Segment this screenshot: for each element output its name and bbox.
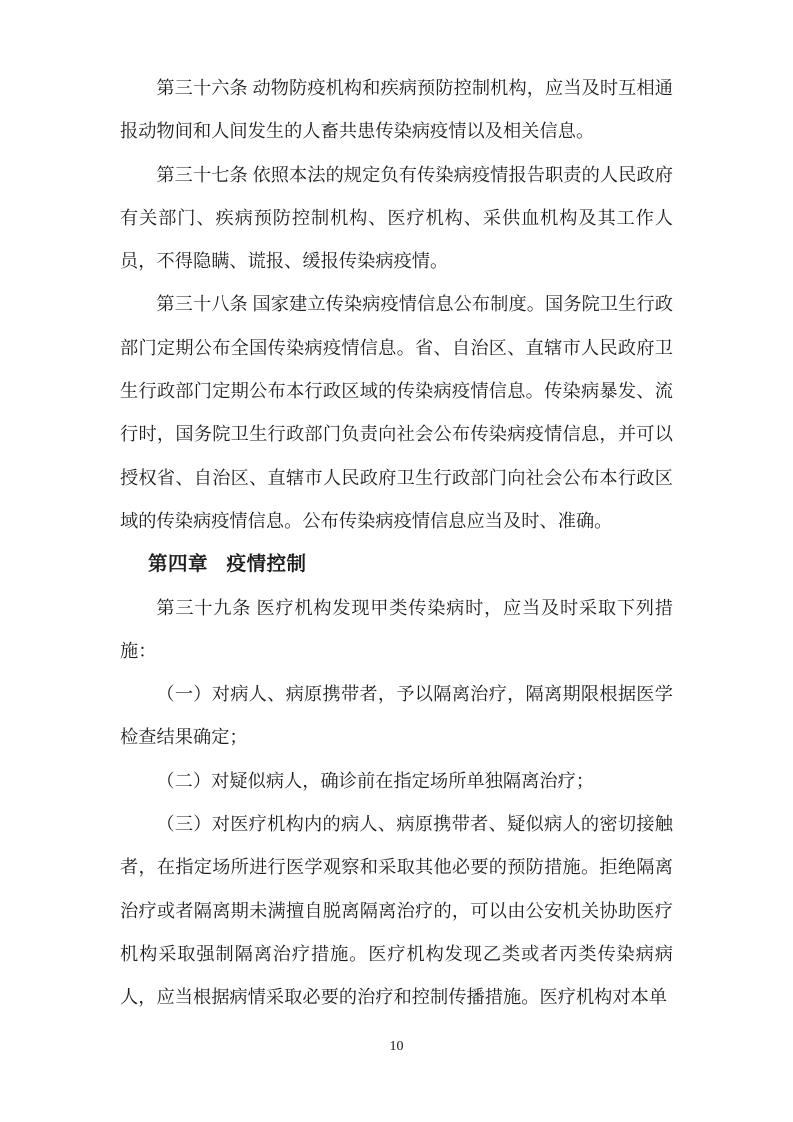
paragraph-article-39-item-2: （二）对疑似病人，确诊前在指定场所单独隔离治疗； bbox=[120, 760, 673, 803]
paragraph-article-39-intro: 第三十九条 医疗机构发现甲类传染病时，应当及时采取下列措施： bbox=[120, 587, 673, 674]
document-page: 第三十六条 动物防疫机构和疾病预防控制机构，应当及时互相通报动物间和人间发生的人… bbox=[0, 0, 793, 1122]
chapter-number-label: 第四章 bbox=[148, 554, 208, 575]
paragraph-article-39-item-1: （一）对病人、病原携带者，予以隔离治疗，隔离期限根据医学检查结果确定； bbox=[120, 673, 673, 760]
page-content: 第三十六条 动物防疫机构和疾病预防控制机构，应当及时互相通报动物间和人间发生的人… bbox=[120, 67, 673, 1020]
chapter-heading: 第四章疫情控制 bbox=[120, 543, 673, 586]
page-number: 10 bbox=[0, 1037, 793, 1057]
paragraph-article-39-item-3: （三）对医疗机构内的病人、病原携带者、疑似病人的密切接触者，在指定场所进行医学观… bbox=[120, 803, 673, 1019]
paragraph-article-37: 第三十七条 依照本法的规定负有传染病疫情报告职责的人民政府有关部门、疾病预防控制… bbox=[120, 154, 673, 284]
paragraph-article-36: 第三十六条 动物防疫机构和疾病预防控制机构，应当及时互相通报动物间和人间发生的人… bbox=[120, 67, 673, 154]
paragraph-article-38: 第三十八条 国家建立传染病疫情信息公布制度。国务院卫生行政部门定期公布全国传染病… bbox=[120, 283, 673, 543]
chapter-title: 疫情控制 bbox=[227, 554, 307, 575]
